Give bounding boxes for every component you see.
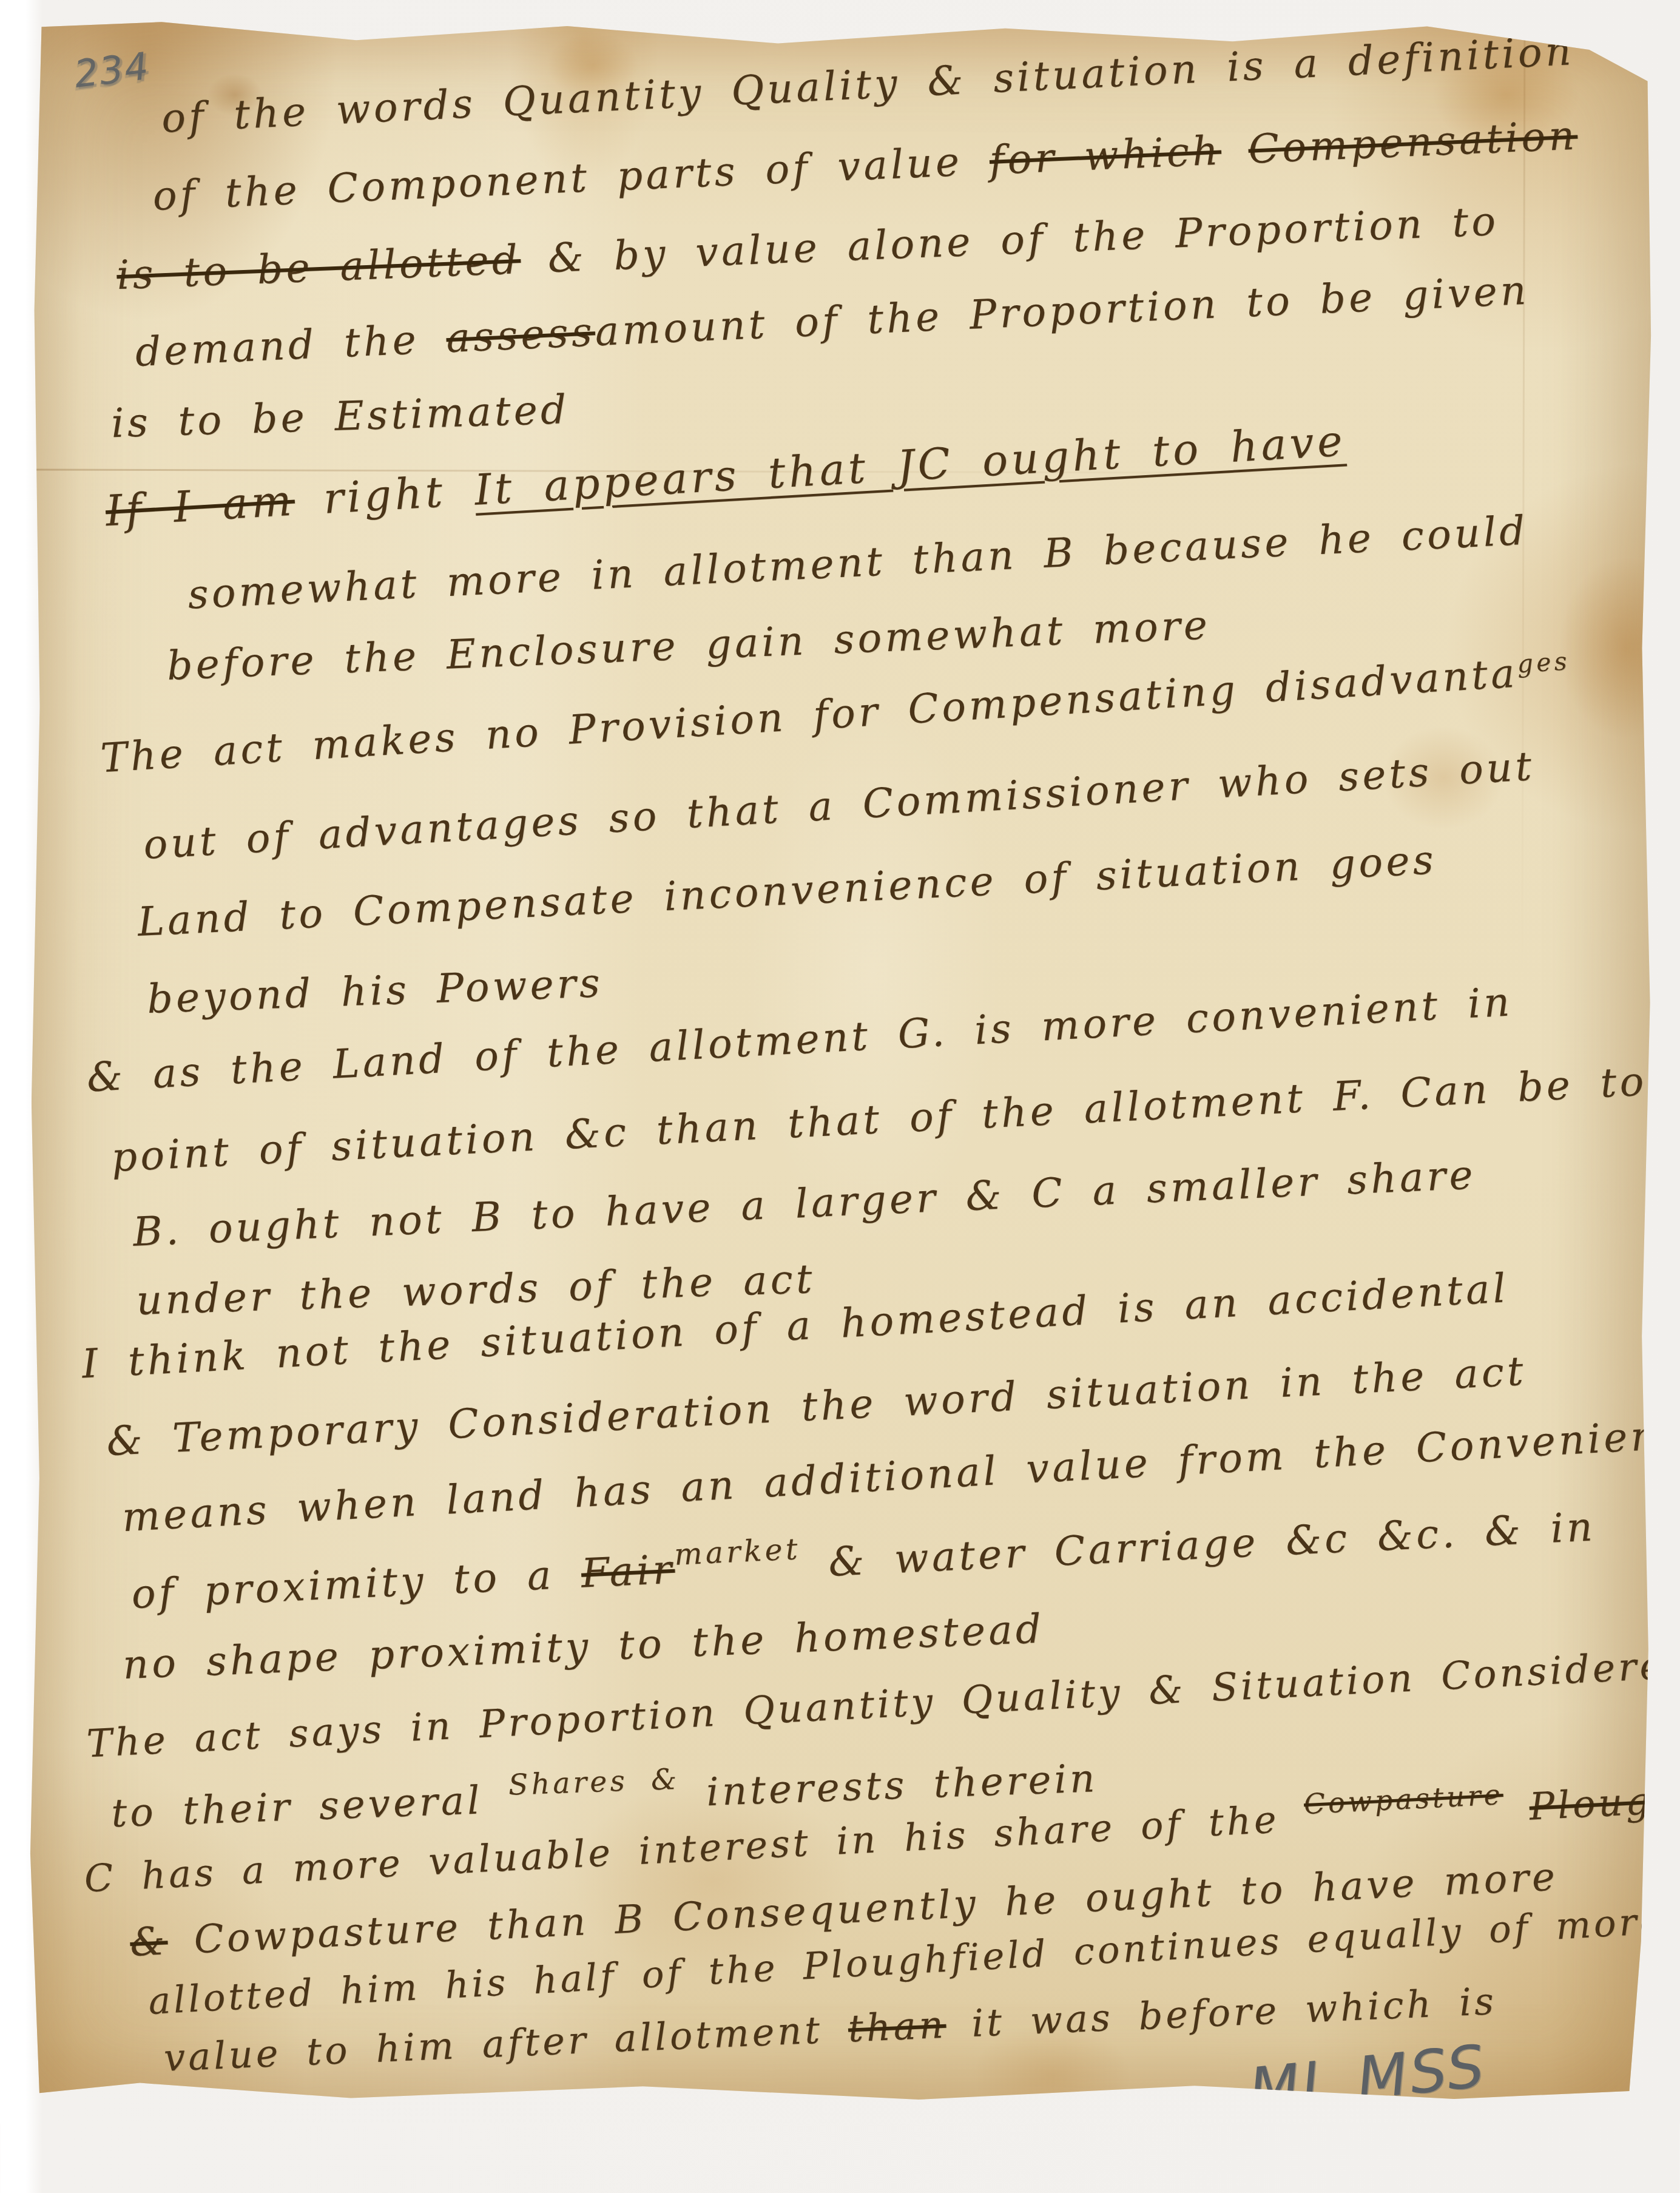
text-segment: no shape proximity to the homestead xyxy=(122,1606,1045,1689)
text-segment: right xyxy=(293,465,476,525)
text-segment-strike: Ploughfield xyxy=(1528,1772,1680,1828)
text-segment-strike: & xyxy=(129,1919,169,1965)
text-segment: of proximity to a xyxy=(130,1550,582,1618)
text-segment: & by value alone of the Proportion to xyxy=(520,198,1500,283)
text-segment: it was before which is xyxy=(945,1979,1497,2047)
text-segment-strike: assess xyxy=(445,308,596,362)
manuscript-line: somewhat more in allotment than B becaus… xyxy=(187,507,1530,618)
text-segment: Just xyxy=(163,2085,253,2124)
text-segment: is to be Estimated xyxy=(110,386,570,447)
manuscript-line: Just xyxy=(163,2085,253,2124)
handwritten-text-layer: of the words Quantity Quality & situatio… xyxy=(25,17,1656,2109)
text-segment: of the Component parts of value xyxy=(152,137,990,220)
text-segment: value to him after allotment xyxy=(163,2007,849,2080)
text-segment-strike: is to be allotted xyxy=(116,236,522,299)
text-segment-sup: ges xyxy=(1516,646,1571,678)
text-segment-underline: It appears that JC ought to have xyxy=(473,416,1347,515)
text-segment: beyond his Powers xyxy=(146,959,604,1022)
text-segment: to their several xyxy=(110,1777,510,1836)
scanned-manuscript: 234 of the words Quantity Quality & situ… xyxy=(0,0,1680,2124)
manuscript-paper-sheet: 234 of the words Quantity Quality & situ… xyxy=(27,19,1655,2108)
manuscript-line: is to be Estimated xyxy=(110,386,570,447)
text-segment-strike: Fair xyxy=(580,1546,676,1597)
manuscript-line: no shape proximity to the homestead xyxy=(122,1606,1045,1689)
text-segment: amount of the Proportion to be given xyxy=(594,267,1530,355)
text-segment-ins: Shares & xyxy=(508,1762,680,1802)
text-segment-strike: Compensation xyxy=(1247,112,1579,172)
manuscript-line: beyond his Powers xyxy=(146,959,604,1022)
text-segment-ins-strike: Cowpasture xyxy=(1303,1778,1504,1820)
text-segment-strike: for which xyxy=(988,127,1222,184)
text-segment: somewhat more in allotment than B becaus… xyxy=(187,507,1530,618)
text-segment: before the Enclosure gain somewhat more xyxy=(166,601,1212,689)
text-segment-ins: market xyxy=(673,1532,801,1572)
text-segment xyxy=(1220,126,1249,174)
text-segment: interests therein xyxy=(680,1756,1099,1816)
manuscript-line: before the Enclosure gain somewhat more xyxy=(166,601,1212,689)
text-segment-strike: than xyxy=(847,2002,947,2051)
text-segment-strike: If I am xyxy=(104,476,296,536)
text-segment xyxy=(1503,1785,1531,1830)
text-segment: demand the xyxy=(134,315,447,376)
text-segment: & water Carriage &c &c. & in xyxy=(800,1503,1597,1587)
